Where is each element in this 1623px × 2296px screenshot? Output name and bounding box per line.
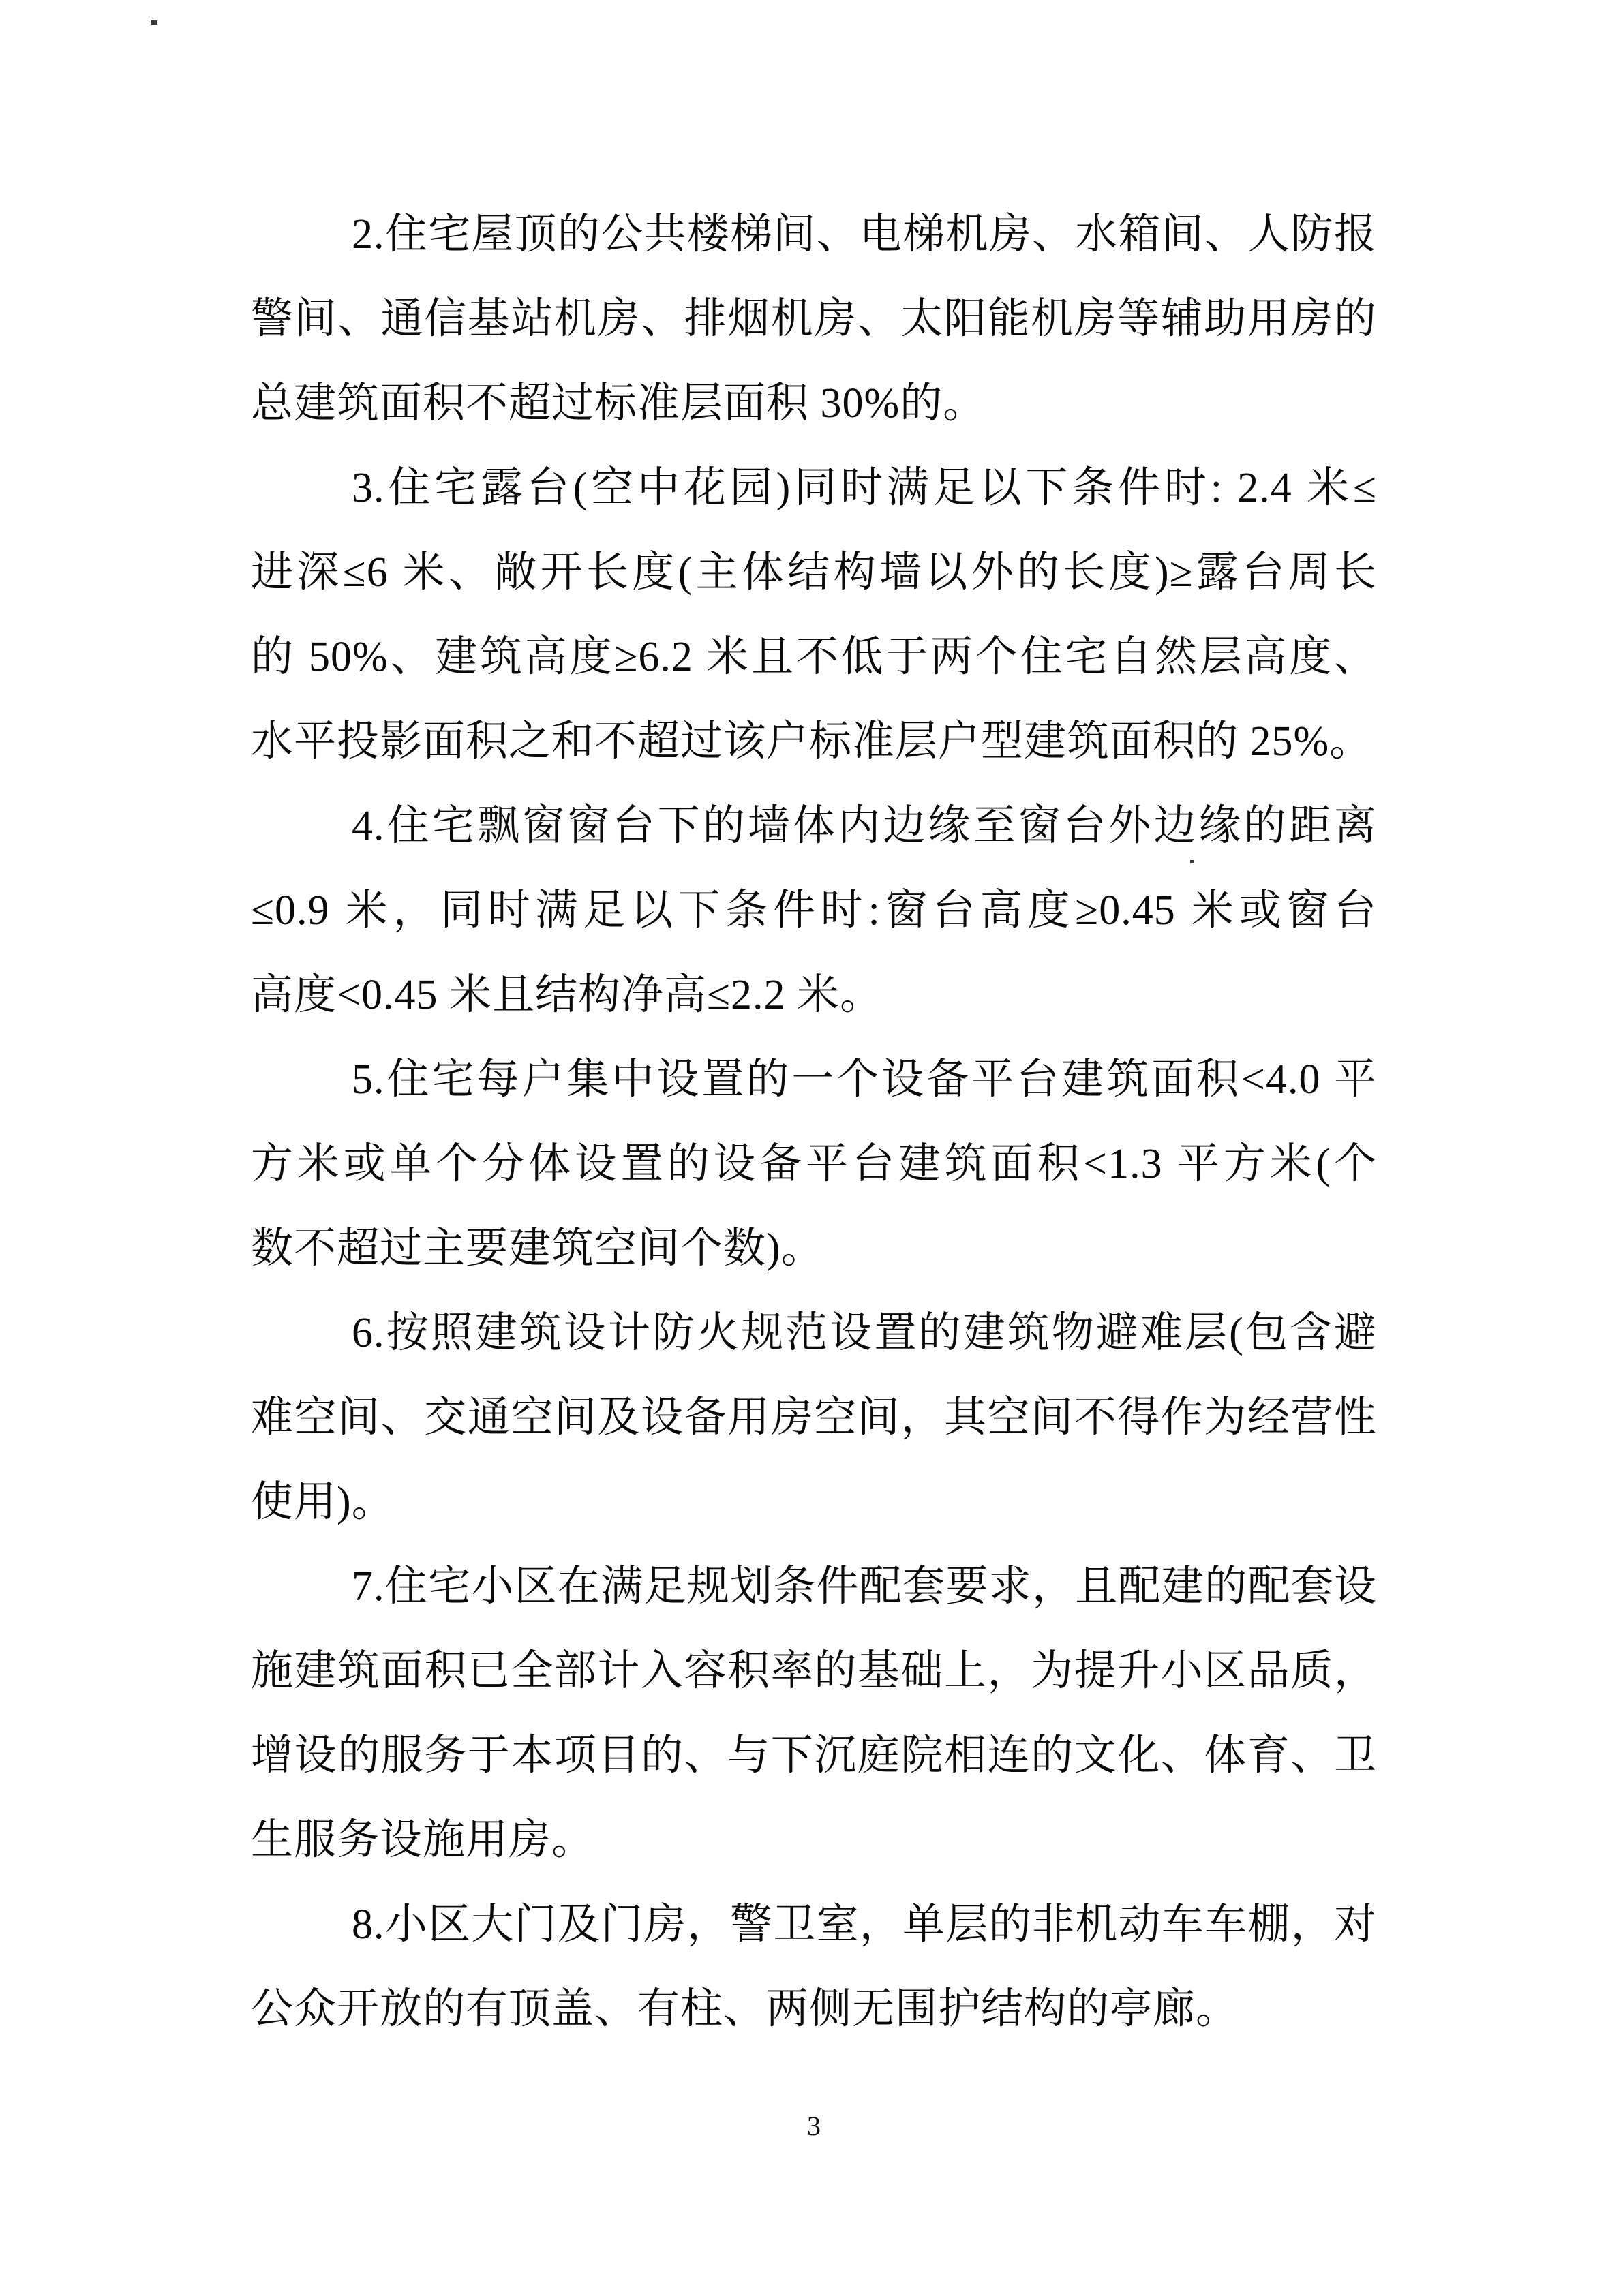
paragraph-7: 7.住宅小区在满足规划条件配套要求，且配建的配套设施建筑面积已全部计入容积率的基… [251, 1544, 1377, 1882]
text-line: 5.住宅每户集中设置的一个设备平台建筑面积<4.0 平 [251, 1037, 1377, 1122]
document-page: 2.住宅屋顶的公共楼梯间、电梯机房、水箱间、人防报警间、通信基站机房、排烟机房、… [0, 0, 1623, 2296]
text-line: 警间、通信基站机房、排烟机房、太阳能机房等辅助用房的 [251, 277, 1377, 361]
paragraph-8: 8.小区大门及门房，警卫室，单层的非机动车车棚，对公众开放的有顶盖、有柱、两侧无… [251, 1882, 1377, 2051]
text-line: 方米或单个分体设置的设备平台建筑面积<1.3 平方米(个 [251, 1122, 1377, 1206]
text-line: 生服务设施用房。 [251, 1798, 1377, 1882]
text-line: 水平投影面积之和不超过该户标准层户型建筑面积的 25%。 [251, 699, 1377, 784]
text-line: 的 50%、建筑高度≥6.2 米且不低于两个住宅自然层高度、 [251, 615, 1377, 699]
paragraph-5: 5.住宅每户集中设置的一个设备平台建筑面积<4.0 平方米或单个分体设置的设备平… [251, 1037, 1377, 1291]
text-line: 2.住宅屋顶的公共楼梯间、电梯机房、水箱间、人防报 [251, 192, 1377, 277]
text-line: 数不超过主要建筑空间个数)。 [251, 1206, 1377, 1291]
text-line: 使用)。 [251, 1460, 1377, 1544]
text-line: 8.小区大门及门房，警卫室，单层的非机动车车棚，对 [251, 1882, 1377, 1967]
text-line: 高度<0.45 米且结构净高≤2.2 米。 [251, 953, 1377, 1037]
text-line: 施建筑面积已全部计入容积率的基础上，为提升小区品质， [251, 1629, 1377, 1713]
text-line: 7.住宅小区在满足规划条件配套要求，且配建的配套设 [251, 1544, 1377, 1629]
text-line: 总建筑面积不超过标准层面积 30%的。 [251, 361, 1377, 446]
paragraph-2: 2.住宅屋顶的公共楼梯间、电梯机房、水箱间、人防报警间、通信基站机房、排烟机房、… [251, 192, 1377, 446]
page-number: 3 [251, 2110, 1377, 2143]
paragraph-4: 4.住宅飘窗窗台下的墙体内边缘至窗台外边缘的距离≤0.9 米，同时满足以下条件时… [251, 784, 1377, 1037]
text-line: 难空间、交通空间及设备用房空间，其空间不得作为经营性 [251, 1375, 1377, 1460]
text-line: 增设的服务于本项目的、与下沉庭院相连的文化、体育、卫 [251, 1713, 1377, 1798]
text-line: 3.住宅露台(空中花园)同时满足以下条件时: 2.4 米≤ [251, 446, 1377, 530]
text-line: 4.住宅飘窗窗台下的墙体内边缘至窗台外边缘的距离 [251, 784, 1377, 868]
text-line: 6.按照建筑设计防火规范设置的建筑物避难层(包含避 [251, 1291, 1377, 1375]
text-line: ≤0.9 米，同时满足以下条件时:窗台高度≥0.45 米或窗台 [251, 868, 1377, 953]
text-line: 公众开放的有顶盖、有柱、两侧无围护结构的亭廊。 [251, 1967, 1377, 2051]
scan-speck [151, 20, 157, 25]
document-body: 2.住宅屋顶的公共楼梯间、电梯机房、水箱间、人防报警间、通信基站机房、排烟机房、… [251, 192, 1377, 2051]
text-line: 进深≤6 米、敞开长度(主体结构墙以外的长度)≥露台周长 [251, 530, 1377, 615]
paragraph-6: 6.按照建筑设计防火规范设置的建筑物避难层(包含避难空间、交通空间及设备用房空间… [251, 1291, 1377, 1544]
paragraph-3: 3.住宅露台(空中花园)同时满足以下条件时: 2.4 米≤进深≤6 米、敞开长度… [251, 446, 1377, 784]
